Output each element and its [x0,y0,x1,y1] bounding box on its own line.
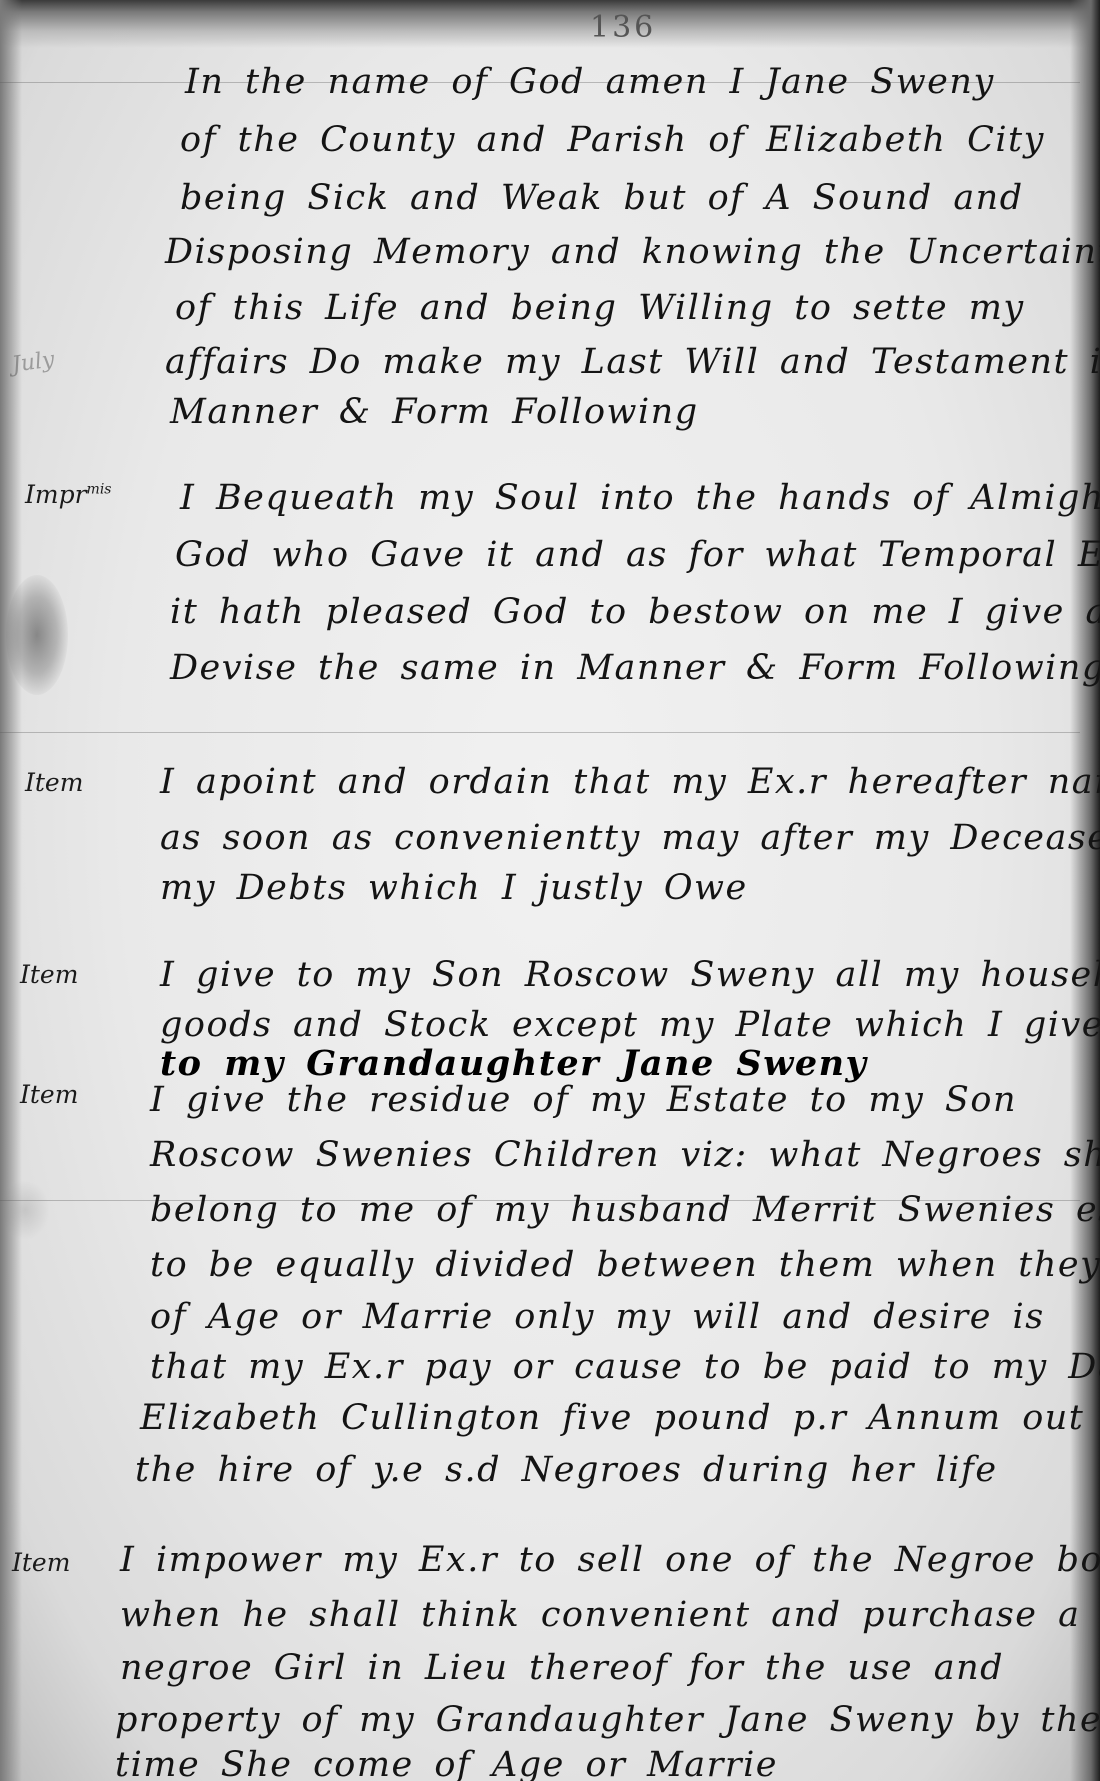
text-line: I give to my Son Roscow Sweny all my hou… [160,955,1100,995]
text-line: it hath pleased God to bestow on me I gi… [170,592,1100,632]
text-line: the hire of y.e s.d Negroes during her l… [135,1450,998,1490]
page-number: 136 [590,10,656,45]
page-top-edge-shadow [0,0,1100,48]
section-label-item: Item [25,768,83,797]
text-line: to my Grandaughter Jane Sweny [160,1043,867,1084]
section-label-item: Item [12,1548,70,1577]
page-left-edge-shadow [0,0,22,1781]
text-line: negroe Girl in Lieu thereof for the use … [120,1648,1004,1688]
text-line: God who Gave it and as for what Temporal… [175,535,1100,575]
text-line: Elizabeth Cullington five pound p.r Annu… [140,1398,1100,1438]
text-line: when he shall think convenient and purch… [120,1595,1081,1635]
ink-smudge [6,575,68,695]
text-line: In the name of God amen I Jane Sweny [185,62,995,102]
text-line: as soon as convenientty may after my Dec… [160,818,1100,858]
section-label-imprimis: Imprmis [25,480,111,509]
text-line: of this Life and being Willing to sette … [175,288,1025,328]
text-line: Roscow Swenies Children viz: what Negroe… [150,1135,1100,1175]
margin-note: July [10,347,56,378]
text-line: belong to me of my husband Merrit Swenie… [150,1190,1100,1230]
text-line: I give the residue of my Estate to my So… [150,1080,1017,1120]
section-label-item: Item [20,1080,78,1109]
text-line: being Sick and Weak but of A Sound and [180,178,1024,218]
text-line: of the County and Parish of Elizabeth Ci… [180,120,1045,160]
label-text: Impr [25,480,87,509]
faint-stain [0,1180,50,1240]
manuscript-page: 136 July In the name of God amen I Jane … [0,0,1100,1781]
text-line: Manner & Form Following [170,392,699,432]
text-line: that my Ex.r pay or cause to be paid to … [150,1347,1100,1387]
text-line: my Debts which I justly Owe [160,868,748,908]
label-superscript: mis [87,482,112,498]
text-line: I Bequeath my Soul into the hands of Alm… [180,478,1100,518]
text-line: Disposing Memory and knowing the Uncerta… [165,232,1100,272]
text-line: I apoint and ordain that my Ex.r hereaft… [160,762,1100,802]
text-line: affairs Do make my Last Will and Testame… [165,342,1100,382]
text-line: Devise the same in Manner & Form Followi… [170,648,1100,688]
text-line: time She come of Age or Marrie [115,1745,778,1781]
ruled-line [0,732,1080,733]
text-line: I impower my Ex.r to sell one of the Neg… [120,1540,1100,1580]
text-line: to be equally divided between them when … [150,1245,1100,1285]
text-line: of Age or Marrie only my will and desire… [150,1297,1045,1337]
text-line: property of my Grandaughter Jane Sweny b… [115,1700,1100,1740]
text-line: goods and Stock except my Plate which I … [160,1005,1100,1045]
section-label-item: Item [20,960,78,989]
